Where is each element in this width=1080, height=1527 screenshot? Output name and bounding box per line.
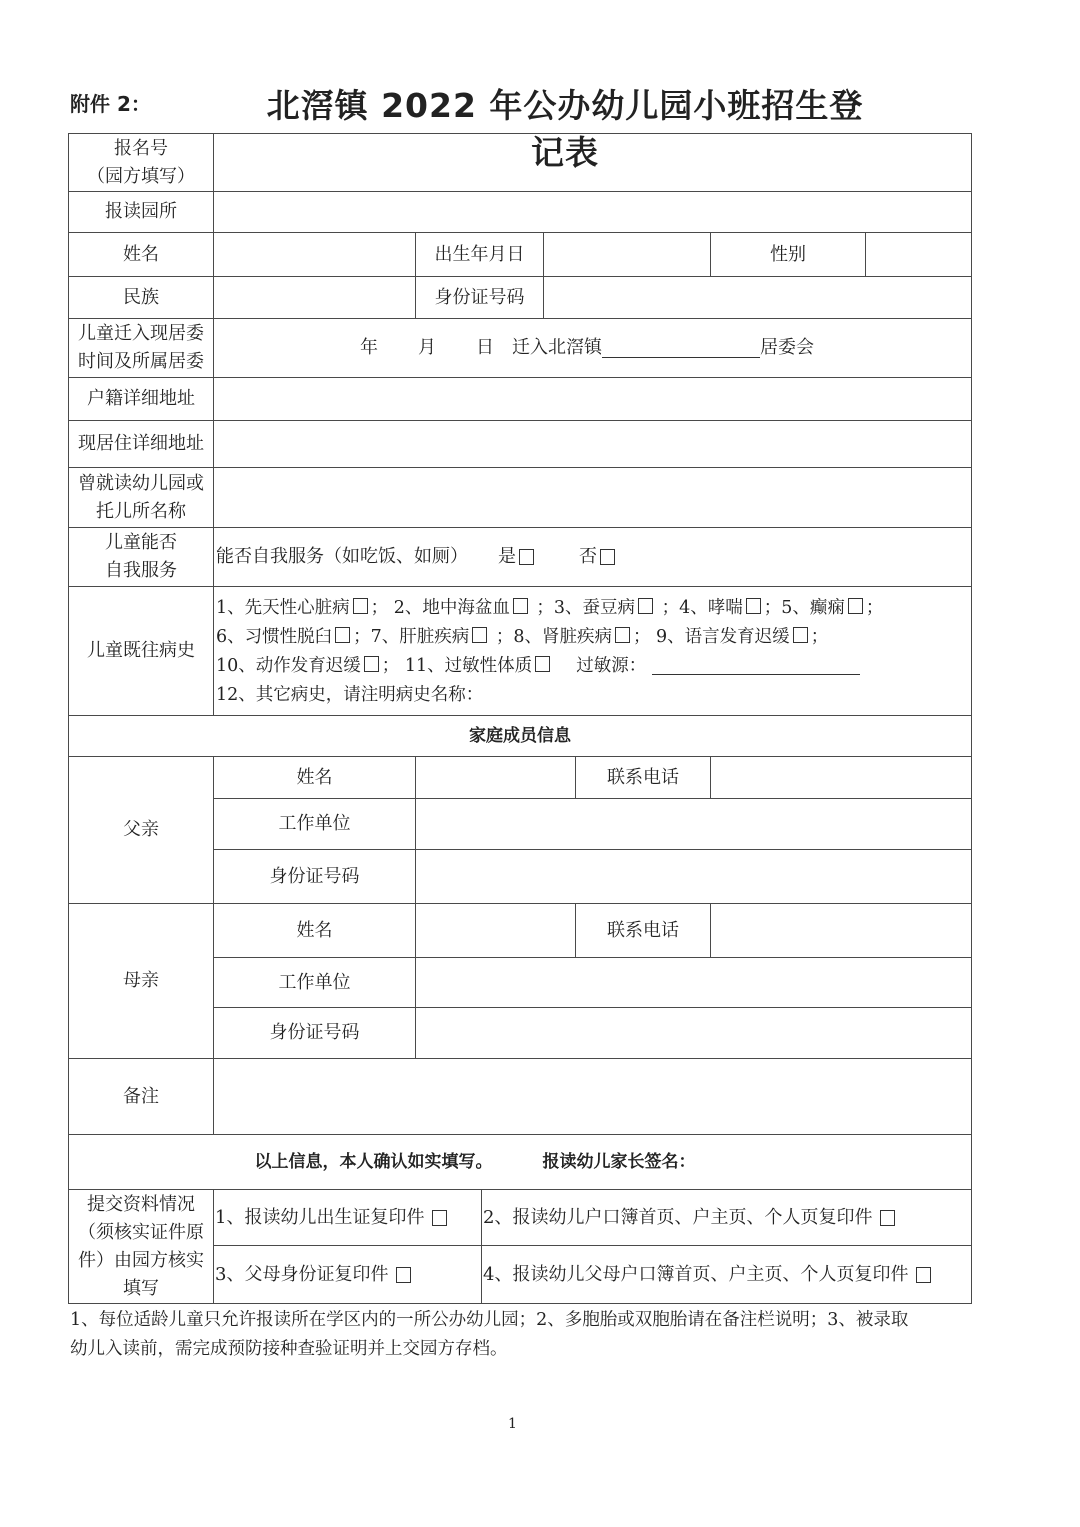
disease-6-checkbox[interactable] [335, 627, 350, 643]
self-care-yes-label: 是 [498, 543, 516, 571]
mother-id-label: 身份证号码 [214, 1008, 415, 1058]
self-care-label: 儿童能否 自我服务 [69, 528, 213, 586]
medical-history-line-2: 6、习惯性脱臼；7、肝脏疾病 ；8、肾脏疾病； 9、语言发育迟缓； [216, 623, 971, 652]
father-phone-label: 联系电话 [576, 757, 710, 798]
remarks-label: 备注 [69, 1059, 213, 1134]
self-care-question: 能否自我服务（如吃饭、如厕） [216, 543, 468, 571]
move-in-label-line2: 时间及所属居委 [78, 348, 204, 376]
documents-label-line1: 提交资料情况 [87, 1191, 195, 1219]
month-text: 月 [418, 334, 436, 362]
disease-7-checkbox[interactable] [472, 627, 487, 643]
mother-employer-field[interactable] [416, 958, 971, 1007]
page-number: 1 [508, 1416, 517, 1432]
previous-school-label-line2: 托儿所名称 [96, 498, 186, 526]
current-address-field[interactable] [214, 421, 971, 467]
mother-id-field[interactable] [416, 1008, 971, 1058]
disease-8: ；8、肾脏疾病 [490, 627, 612, 647]
disease-10-checkbox[interactable] [364, 656, 379, 672]
child-name-field[interactable] [214, 233, 415, 276]
attachment-label: 附件 2： [70, 88, 151, 117]
disease-9: ； 9、语言发育迟缓 [633, 627, 790, 647]
household-address-field[interactable] [214, 378, 971, 420]
self-care-field: 能否自我服务（如吃饭、如厕） 是 否 [216, 528, 971, 586]
move-in-field[interactable]: 年 月 日 迁入北滘镇 居委会 [360, 319, 960, 377]
document-item-2: 2、报读幼儿户口簿首页、户主页、个人页复印件 [483, 1190, 971, 1245]
disease-11: ； 11、过敏性体质 [382, 656, 532, 676]
documents-label: 提交资料情况 （须核实证件原 件）由园方核实 填写 [69, 1190, 213, 1303]
current-address-label: 现居住详细地址 [69, 421, 213, 467]
mother-phone-field[interactable] [711, 904, 971, 957]
year-text: 年 [360, 334, 378, 362]
disease-4-checkbox[interactable] [746, 598, 761, 614]
mother-name-field[interactable] [416, 904, 575, 957]
move-in-label-line1: 儿童迁入现居委 [78, 320, 204, 348]
mother-name-label: 姓名 [214, 904, 415, 957]
disease-5: ；5、癫痫 [764, 598, 845, 618]
document-item-1: 1、报读幼儿出生证复印件 [215, 1190, 481, 1245]
ethnicity-field[interactable] [214, 277, 415, 318]
birthdate-field[interactable] [544, 233, 710, 276]
disease-9-checkbox[interactable] [793, 627, 808, 643]
disease-7: ；7、肝脏疾病 [353, 627, 469, 647]
remarks-field[interactable] [214, 1059, 971, 1134]
father-name-field[interactable] [416, 757, 575, 798]
allergen-label: 过敏源： [576, 656, 646, 676]
previous-school-label-line1: 曾就读幼儿园或 [78, 470, 204, 498]
mother-label: 母亲 [69, 904, 213, 1058]
documents-label-line4: 填写 [123, 1275, 159, 1303]
registration-no-subtext: （园方填写） [87, 163, 195, 191]
previous-school-label: 曾就读幼儿园或 托儿所名称 [69, 468, 213, 527]
previous-school-field[interactable] [214, 468, 971, 527]
disease-6: 6、习惯性脱臼 [216, 627, 332, 647]
document-item-3-text: 3、父母身份证复印件 [215, 1261, 388, 1289]
mother-employer-label: 工作单位 [214, 958, 415, 1007]
father-employer-label: 工作单位 [214, 799, 415, 849]
footer-note-line1: 1、每位适龄儿童只允许报读所在学区内的一所公办幼儿园；2、多胞胎或双胞胎请在备注… [70, 1306, 975, 1335]
other-history-label: 12、其它病史，请注明病史名称： [216, 685, 483, 705]
disease-10: 10、动作发育迟缓 [216, 656, 361, 676]
disease-2: ； 2、地中海盆血 [371, 598, 510, 618]
document-item-4: 4、报读幼儿父母户口簿首页、户主页、个人页复印件 [483, 1246, 971, 1303]
disease-3: ；3、蚕豆病 [531, 598, 635, 618]
document-item-2-text: 2、报读幼儿户口簿首页、户主页、个人页复印件 [483, 1204, 872, 1232]
gender-label: 性别 [711, 233, 865, 276]
family-section-title: 家庭成员信息 [69, 716, 971, 756]
allergen-blank[interactable] [652, 656, 860, 675]
document-item-1-text: 1、报读幼儿出生证复印件 [215, 1204, 424, 1232]
medical-history-line-1: 1、先天性心脏病； 2、地中海盆血 ；3、蚕豆病 ；4、哮喘；5、癫痫； [216, 594, 971, 623]
disease-4: ；4、哮喘 [656, 598, 743, 618]
document-item-2-checkbox[interactable] [880, 1210, 895, 1226]
household-address-label: 户籍详细地址 [69, 378, 213, 420]
id-no-label: 身份证号码 [416, 277, 543, 318]
registration-no-text: 报名号 [114, 135, 168, 163]
disease-1: 1、先天性心脏病 [216, 598, 350, 618]
medical-history-line-4: 12、其它病史，请注明病史名称： [216, 681, 971, 710]
medical-history-label: 儿童既往病史 [69, 587, 213, 715]
day-text: 日 [476, 334, 494, 362]
confirmation-row: 以上信息，本人确认如实填写。 报读幼儿家长签名： [69, 1135, 971, 1189]
document-item-3-checkbox[interactable] [396, 1267, 411, 1283]
medical-history-list: 1、先天性心脏病； 2、地中海盆血 ；3、蚕豆病 ；4、哮喘；5、癫痫； 6、习… [216, 594, 971, 710]
disease-2-checkbox[interactable] [513, 598, 528, 614]
father-phone-field[interactable] [711, 757, 971, 798]
disease-11-checkbox[interactable] [535, 656, 550, 672]
move-in-label: 儿童迁入现居委 时间及所属居委 [69, 319, 213, 377]
child-name-label: 姓名 [69, 233, 213, 276]
self-care-no-checkbox[interactable] [600, 549, 615, 565]
self-care-label-line2: 自我服务 [105, 557, 177, 585]
registration-no-field[interactable] [214, 134, 971, 191]
registration-no-label: 报名号 （园方填写） [69, 134, 213, 191]
separator: ； [811, 627, 829, 647]
father-label: 父亲 [69, 757, 213, 903]
document-item-4-checkbox[interactable] [916, 1267, 931, 1283]
disease-8-checkbox[interactable] [615, 627, 630, 643]
committee-text: 居委会 [760, 334, 814, 362]
kindergarten-field[interactable] [214, 192, 971, 232]
medical-history-line-3: 10、动作发育迟缓； 11、过敏性体质 过敏源： [216, 652, 971, 681]
documents-label-line2: （须核实证件原 [78, 1219, 204, 1247]
documents-label-line3: 件）由园方核实 [78, 1247, 204, 1275]
document-item-4-text: 4、报读幼儿父母户口簿首页、户主页、个人页复印件 [483, 1261, 908, 1289]
gender-field[interactable] [866, 233, 971, 276]
document-item-3: 3、父母身份证复印件 [215, 1246, 481, 1303]
disease-1-checkbox[interactable] [353, 598, 368, 614]
self-care-label-line1: 儿童能否 [105, 529, 177, 557]
separator: ； [866, 598, 884, 618]
committee-blank[interactable] [602, 339, 760, 358]
kindergarten-label: 报读园所 [69, 192, 213, 232]
footer-note-line2: 幼儿入读前，需完成预防接种查验证明并上交园方存档。 [70, 1335, 975, 1364]
disease-5-checkbox[interactable] [848, 598, 863, 614]
self-care-yes-checkbox[interactable] [519, 549, 534, 565]
mother-phone-label: 联系电话 [576, 904, 710, 957]
disease-3-checkbox[interactable] [638, 598, 653, 614]
father-employer-field[interactable] [416, 799, 971, 849]
id-no-field[interactable] [544, 277, 971, 318]
document-item-1-checkbox[interactable] [432, 1210, 447, 1226]
father-id-label: 身份证号码 [214, 850, 415, 903]
father-id-field[interactable] [416, 850, 971, 903]
ethnicity-label: 民族 [69, 277, 213, 318]
signature-label: 报读幼儿家长签名： [543, 1148, 696, 1176]
father-name-label: 姓名 [214, 757, 415, 798]
footer-note: 1、每位适龄儿童只允许报读所在学区内的一所公办幼儿园；2、多胞胎或双胞胎请在备注… [70, 1306, 975, 1364]
confirmation-statement: 以上信息，本人确认如实填写。 [255, 1148, 493, 1176]
moved-into-text: 迁入北滘镇 [512, 334, 602, 362]
birthdate-label: 出生年月日 [416, 233, 543, 276]
self-care-no-label: 否 [579, 543, 597, 571]
